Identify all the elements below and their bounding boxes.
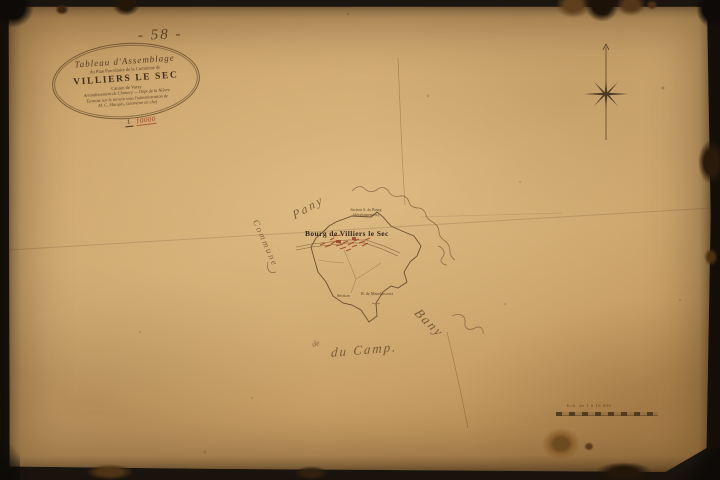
scale-label: Ech. de 1 à 10.000 (567, 403, 611, 408)
fraction-annotation: 1 (125, 118, 133, 128)
section-line (344, 250, 356, 293)
bourg-label: Bourg de Villiers le Sec (305, 229, 389, 238)
section-a-label: Section A. du Bourg (développement) (342, 208, 390, 217)
section-b-word1: Section (337, 293, 350, 298)
section-a-line2: (développement) (342, 213, 390, 218)
title-cartouche: Tableau d'Assemblage du Plan Parcellaire… (50, 38, 203, 124)
fold-crease (420, 213, 562, 217)
scratch-mark (398, 58, 405, 205)
scale-bar (556, 412, 658, 416)
scratch-mark (447, 332, 468, 428)
section-line (318, 260, 344, 263)
section-b-word2: B. de Manchecourt (361, 291, 393, 296)
compass-rose-icon (584, 44, 628, 140)
section-line (356, 263, 381, 279)
boundary-script-de: de (311, 338, 321, 349)
archival-map-photo: - 58 - Tableau d'Assemblage du Plan Parc… (0, 0, 720, 480)
